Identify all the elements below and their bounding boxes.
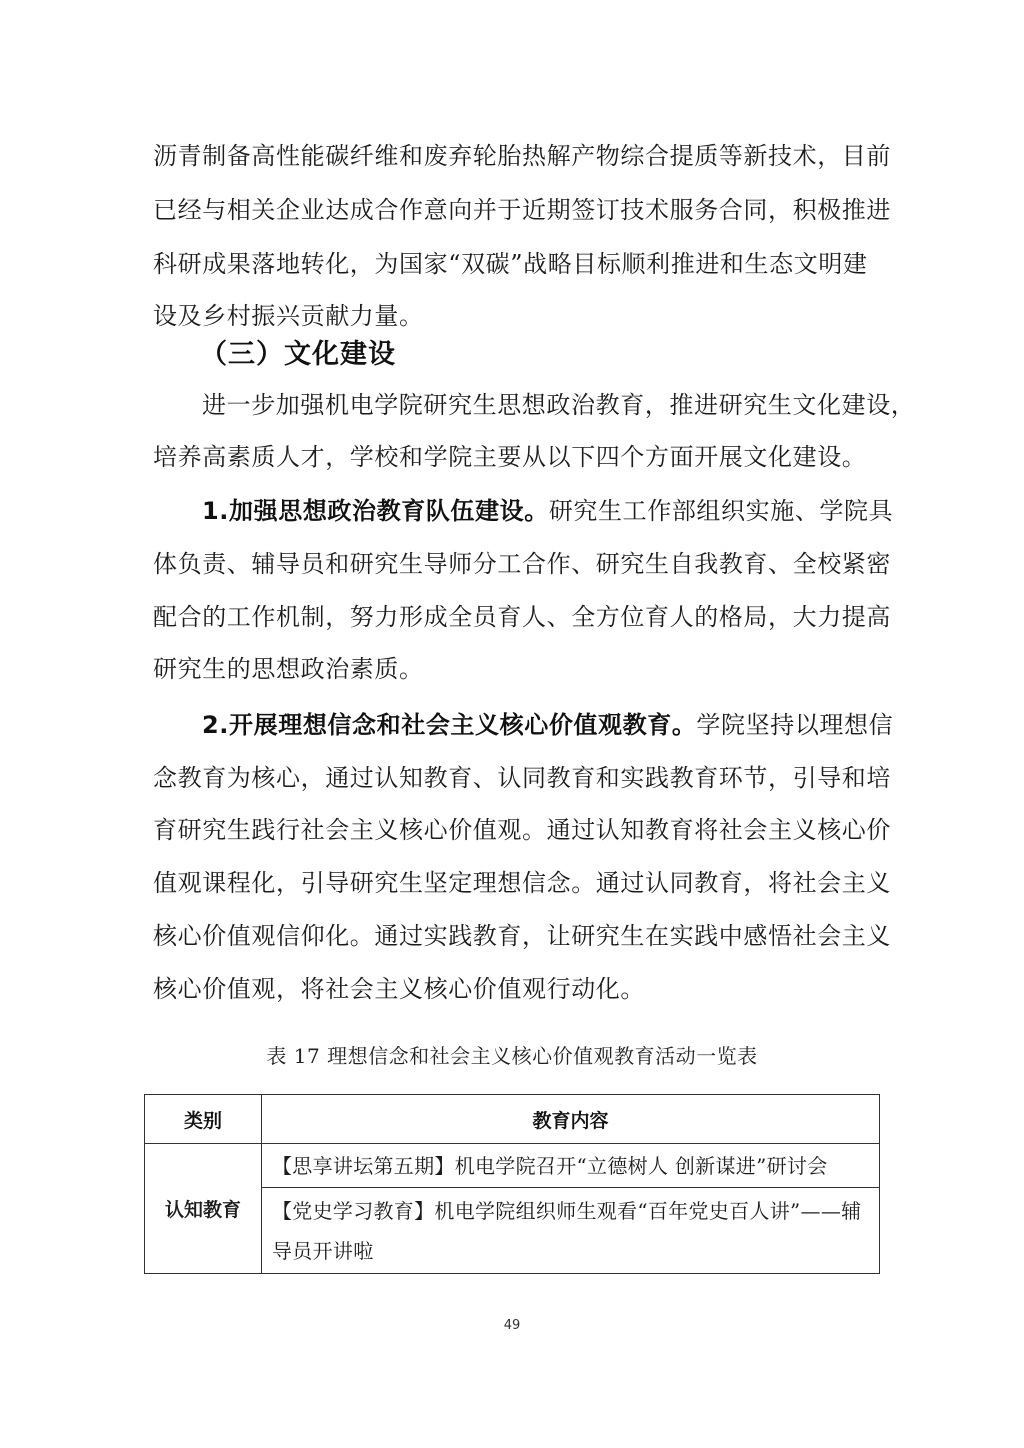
table-row: 认知教育 【思享讲坛第五期】机电学院召开“立德树人 创新谋进”研讨会 [145, 1144, 880, 1188]
item-2-first-line-rest: 学院坚持以理想信 [696, 711, 893, 739]
category-cell: 认知教育 [145, 1144, 262, 1274]
paragraph-line: 研究生的思想政治素质。 [153, 654, 893, 684]
education-activities-table: 类别 教育内容 认知教育 【思享讲坛第五期】机电学院召开“立德树人 创新谋进”研… [144, 1094, 880, 1274]
header-category: 类别 [145, 1095, 262, 1144]
paragraph-line: 已经与相关企业达成合作意向并于近期签订技术服务合同，积极推进 [153, 195, 893, 225]
item-2-lead: 2.开展理想信念和社会主义核心价值观教育。 [202, 711, 696, 739]
paragraph-line: 设及乡村振兴贡献力量。 [153, 301, 893, 331]
paragraph-line: 核心价值观，将社会主义核心价值观行动化。 [153, 974, 893, 1004]
paragraph-line: 进一步加强机电学院研究生思想政治教育，推进研究生文化建设， [202, 390, 942, 420]
paragraph-first-line: 1.加强思想政治教育队伍建设。研究生工作部组织实施、学院具 [202, 496, 942, 526]
content-cell: 【党史学习教育】机电学院组织师生观看“百年党史百人讲”——辅导员开讲啦 [262, 1188, 880, 1274]
paragraph-line: 育研究生践行社会主义核心价值观。通过认知教育将社会主义核心价 [153, 815, 893, 845]
paragraph-line: 沥青制备高性能碳纤维和废弃轮胎热解产物综合提质等新技术，目前 [153, 141, 893, 171]
paragraph-line: 值观课程化，引导研究生坚定理想信念。通过认同教育，将社会主义 [153, 868, 893, 898]
paragraph-line: 体负责、辅导员和研究生导师分工合作、研究生自我教育、全校紧密 [153, 549, 893, 579]
page-number: 49 [0, 1318, 1024, 1333]
paragraph-line: 配合的工作机制，努力形成全员育人、全方位育人的格局，大力提高 [153, 602, 893, 632]
item-1-lead: 1.加强思想政治教育队伍建设。 [202, 497, 549, 525]
paragraph-line: 核心价值观信仰化。通过实践教育，让研究生在实践中感悟社会主义 [153, 921, 893, 951]
header-content: 教育内容 [262, 1095, 880, 1144]
table-caption: 表 17 理想信念和社会主义核心价值观教育活动一览表 [0, 1043, 1024, 1069]
item-1-first-line-rest: 研究生工作部组织实施、学院具 [549, 497, 893, 525]
content-cell: 【思享讲坛第五期】机电学院召开“立德树人 创新谋进”研讨会 [262, 1144, 880, 1188]
table-header-row: 类别 教育内容 [145, 1095, 880, 1144]
paragraph-line: 科研成果落地转化，为国家“双碳”战略目标顺利推进和生态文明建 [153, 249, 893, 279]
document-page: 沥青制备高性能碳纤维和废弃轮胎热解产物综合提质等新技术，目前 已经与相关企业达成… [0, 0, 1024, 1448]
paragraph-first-line: 2.开展理想信念和社会主义核心价值观教育。学院坚持以理想信 [202, 710, 942, 740]
section-heading: （三）文化建设 [200, 338, 396, 372]
paragraph-line: 培养高素质人才，学校和学院主要从以下四个方面开展文化建设。 [153, 442, 893, 472]
paragraph-line: 念教育为核心，通过认知教育、认同教育和实践教育环节，引导和培 [153, 763, 893, 793]
